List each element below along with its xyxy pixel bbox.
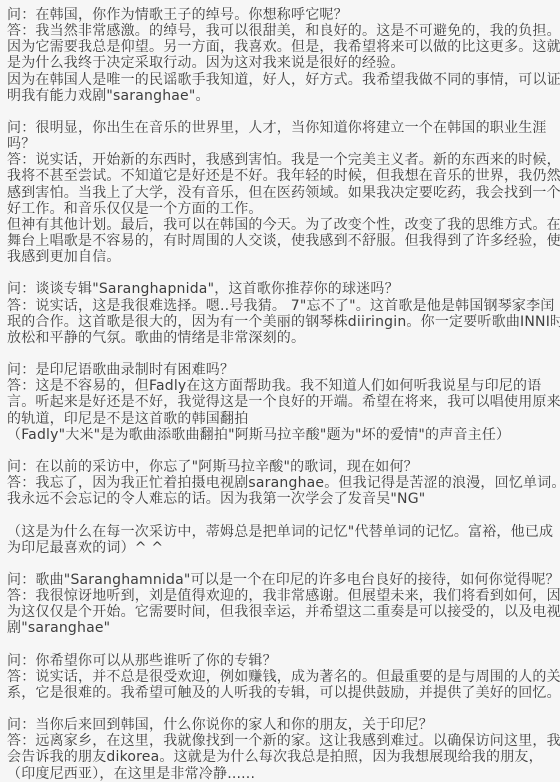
blank-line: [7, 701, 554, 717]
text-line: 问：很明显，你出生在音乐的世界里，人才，当你知道你将建立一个在韩国的职业生涯: [7, 120, 554, 136]
blank-line: [7, 507, 554, 523]
text-line: 问：你希望你可以从那些谁听了你的专辑？: [7, 653, 554, 669]
text-line: 答：我忘了，因为我正忙着拍摄电视剧saranghae。但我记得是苦涩的浪漫，回忆…: [7, 475, 554, 491]
text-line: 会告诉我的朋友dikorea。这就是为什么每次我总是拍照，因为我想展现给我的朋友…: [7, 749, 554, 765]
text-line: 因为它需要我总是仰望。另一方面，我喜欢。但是，我希望将来可以做的比这更多。这就: [7, 39, 554, 55]
text-line: （印度尼西亚），在这里是非常冷静......: [7, 766, 554, 782]
text-line: 因为在韩国人是唯一的民谣歌手我知道，好人，好方式。我希望我做不同的事情，可以证: [7, 72, 554, 88]
text-line: 感到害怕。当我上了大学，没有音乐，但在医药领域。如果我决定要吃药，我会找到一个: [7, 185, 554, 201]
text-line: 系，它是很难的。我希望可触及的人听我的专辑，可以提供鼓励，并提供了美好的回忆。: [7, 685, 554, 701]
blank-line: [7, 346, 554, 362]
text-line: 舞台上唱歌是不容易的，有时周围的人交谈，使我感到不舒服。但我得到了许多经验，使: [7, 233, 554, 249]
text-line: 放松和平静的气氛。歌曲的情绪是非常深刻的。: [7, 330, 554, 346]
text-line: 问：在以前的采访中，你忘了"阿斯马拉辛酸"的歌词，现在如何？: [7, 459, 554, 475]
blank-line: [7, 104, 554, 120]
text-line: 答：说实话，开始新的东西时，我感到害怕。我是一个完美主义者。新的东西来的时候，: [7, 152, 554, 168]
text-line: 是为什么我终于决定采取行动。因为这对我来说是很好的经验。: [7, 55, 554, 71]
text-line: 问：在韩国，你作为情歌王子的绰号。你想称呼它呢？: [7, 7, 554, 23]
text-line: 但神有其他计划。最后，我可以在韩国的今天。为了改变个性，改变了我的思维方式。在: [7, 217, 554, 233]
text-line: 吗？: [7, 136, 554, 152]
document: 问：在韩国，你作为情歌王子的绰号。你想称呼它呢？答：我当然非常感激。的绰号，我可…: [0, 0, 560, 782]
text-line: 言。听起来是好还是不好，我觉得这是一个良好的开端。希望在将来，我可以唱使用原来: [7, 394, 554, 410]
text-line: 问：是印尼语歌曲录制时有困难吗？: [7, 362, 554, 378]
text-line: 答：这是不容易的，但Fadly在这方面帮助我。我不知道人们如何听我说星与印尼的语: [7, 378, 554, 394]
text-line: 问：谈谈专辑"Saranghapnida"，这首歌你推荐你的球迷吗？: [7, 281, 554, 297]
blank-line: [7, 556, 554, 572]
text-line: 为印尼最喜欢的词）^ ^: [7, 540, 554, 556]
text-line: 珉的合作。这首歌是很大的，因为有一个美丽的钢琴株diiringin。你一定要听歌…: [7, 314, 554, 330]
text-line: 的轨道，印尼是不是这首歌的韩国翻拍: [7, 411, 554, 427]
text-line: 为这仅仅是个开始。它需要时间，但我很幸运，并希望这二重奏是可以接受的，以及电视: [7, 604, 554, 620]
text-line: 剧"saranghae": [7, 620, 554, 636]
text-line: （Fadly"大米"是为歌曲添歌曲翻拍"阿斯马拉辛酸"题为"坏的爱情"的声音主任…: [7, 427, 554, 443]
text-line: 答：说实话，这是我很难选择。嗯..号我猜。 7"忘不了"。这首歌是他是韩国钢琴家…: [7, 298, 554, 314]
text-line: 我感到更加自信。: [7, 249, 554, 265]
text-line: 我将不甚至尝试。不知道它是好还是不好。我年轻的时候，但我想在音乐的世界，我仍然: [7, 168, 554, 184]
blank-line: [7, 443, 554, 459]
text-line: 问：当你后来回到韩国，什么你说你的家人和你的朋友，关于印尼？: [7, 717, 554, 733]
blank-line: [7, 265, 554, 281]
text-line: 答：远离家乡，在这里，我就像找到一个新的家。这让我感到难过。以确保访问这里，我: [7, 733, 554, 749]
blank-line: [7, 636, 554, 652]
text-line: 明我有能力戏剧"saranghae"。: [7, 88, 554, 104]
text-line: 好工作。和音乐仅仅是一个方面的工作。: [7, 201, 554, 217]
text-line: 我永远不会忘记的令人难忘的话。因为我第一次学会了发音吴"NG": [7, 491, 554, 507]
text-line: 答：我当然非常感激。的绰号，我可以很甜美，和良好的。这是不可避免的，我的负担。: [7, 23, 554, 39]
text-line: 问：歌曲"Saranghamnida"可以是一个在印尼的许多电台良好的接待，如何…: [7, 572, 554, 588]
text-line: 答：说实话，并不总是很受欢迎，例如赚钱，成为著名的。但最重要的是与周围的人的关: [7, 669, 554, 685]
text-line: （这是为什么在每一次采访中，蒂姆总是把单词的记忆"代替单词的记忆。富裕，他已成: [7, 524, 554, 540]
text-line: 答：我很惊讶地听到，刘是值得欢迎的，我非常感谢。但展望未来，我们将看到如何，因: [7, 588, 554, 604]
